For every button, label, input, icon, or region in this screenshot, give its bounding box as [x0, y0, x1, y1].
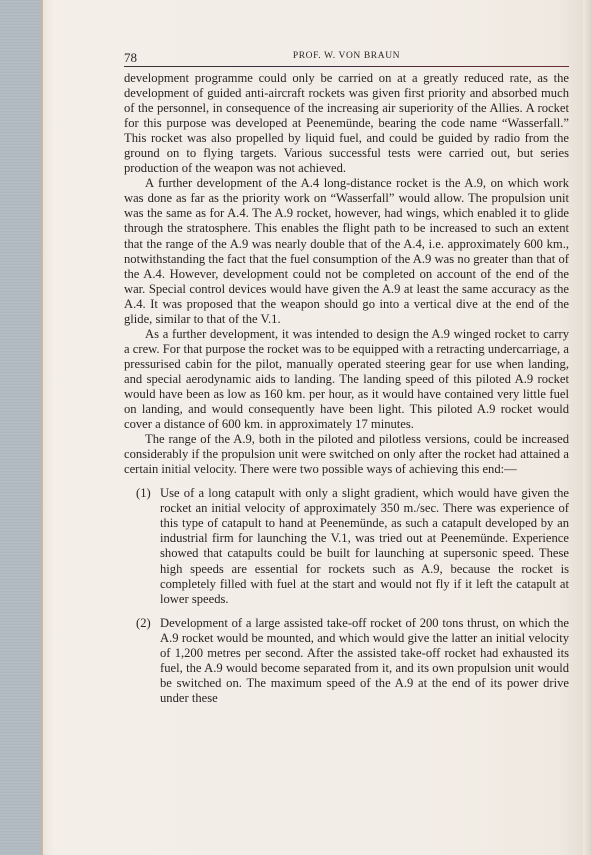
paragraph: development programme could only be carr… [124, 71, 569, 176]
paragraph: The range of the A.9, both in the pilote… [124, 432, 569, 477]
page-header: 78 PROF. W. VON BRAUN [124, 50, 569, 66]
list-item-text: Use of a long catapult with only a sligh… [160, 486, 569, 605]
page-gutter [583, 0, 591, 855]
background-surface [0, 0, 40, 855]
header-rule [124, 66, 569, 67]
numbered-list: (1) Use of a long catapult with only a s… [124, 486, 569, 706]
paragraph: As a further development, it was intende… [124, 327, 569, 432]
list-marker: (2) [136, 616, 151, 631]
list-item: (2) Development of a large assisted take… [124, 616, 569, 706]
paragraph: A further development of the A.4 long-di… [124, 176, 569, 326]
list-marker: (1) [136, 486, 151, 501]
running-head: PROF. W. VON BRAUN [124, 51, 569, 61]
list-item: (1) Use of a long catapult with only a s… [124, 486, 569, 606]
page-edge [40, 0, 43, 855]
list-item-text: Development of a large assisted take-off… [160, 616, 569, 705]
body-text: development programme could only be carr… [124, 71, 569, 715]
